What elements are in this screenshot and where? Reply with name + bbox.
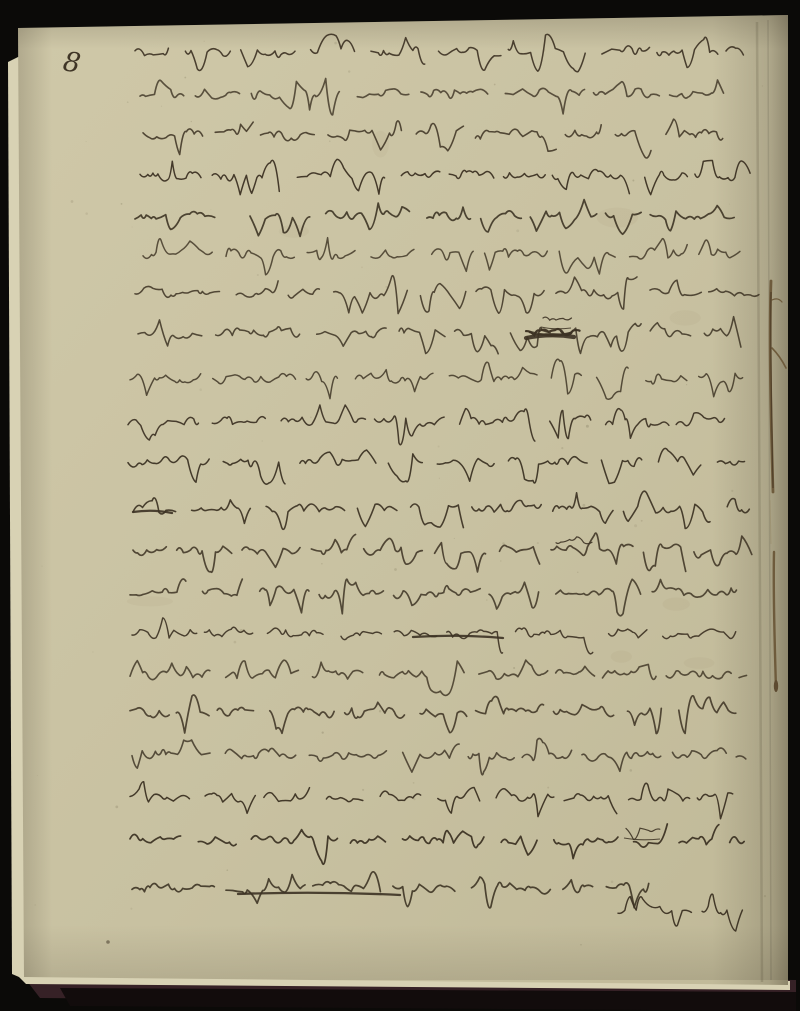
paper-speck [37,775,38,776]
paper-stain [663,598,690,611]
paper-speck [486,599,488,601]
paper-speck [131,226,132,227]
paper-speck [161,106,162,107]
paper-speck [35,904,36,905]
paper-speck [106,940,110,944]
photographed-book-page: 8 [0,0,800,1011]
manuscript-scan: 8 [0,0,800,1011]
paper-speck [334,42,337,45]
paper-speck [454,538,455,539]
paper-speck [762,85,763,86]
paper-speck [42,566,43,567]
paper-speck [438,446,440,448]
paper-speck [634,524,637,527]
paper-speck [394,568,397,571]
paper-speck [537,542,539,544]
paper-speck [611,881,614,884]
paper-speck [764,895,766,897]
paper-speck [322,731,324,733]
paper-stain [670,310,701,325]
paper-speck [632,180,634,182]
paper-speck [348,70,350,72]
paper-speck [262,440,263,441]
paper-speck [321,563,322,564]
paper-speck [329,140,330,141]
paper-speck [86,141,87,142]
paper-speck [234,641,237,644]
paper-speck [500,560,501,561]
paper-speck [199,388,202,391]
paper-speck [513,667,515,669]
paper-stain [684,657,715,669]
paper-speck [379,710,381,712]
paper-speck [731,490,733,492]
paper-speck [121,203,123,205]
paper-speck [71,200,74,203]
paper-speck [413,782,415,784]
paper-speck [494,84,496,86]
paper-speck [257,274,259,276]
paper-speck [641,520,643,522]
paper-speck [310,417,312,419]
paper-speck [413,798,415,800]
paper-speck [586,425,589,428]
paper-speck [686,384,687,385]
paper-speck [115,806,118,809]
paper-speck [191,121,192,122]
paper-speck [362,789,364,791]
paper-speck [516,229,519,232]
paper-speck [314,511,315,512]
right-edge-shadow [712,10,788,990]
paper-speck [85,212,88,215]
paper-speck [361,266,363,268]
paper-speck [630,769,633,772]
paper-speck [582,504,585,507]
bottom-edge-shadow [16,925,790,980]
paper-speck [130,908,132,910]
paper-speck [210,209,211,210]
paper-speck [184,77,186,79]
paper-speck [580,944,582,946]
paper-stain [611,651,632,663]
paper-speck [729,204,730,205]
paper-speck [561,447,563,449]
paper-speck [127,101,129,103]
paper-speck [439,478,440,479]
paper-stain [127,596,173,606]
paper-speck [577,572,578,573]
paper-speck [547,787,549,789]
paper-speck [204,41,205,42]
paper-speck [147,711,148,712]
paper-speck [401,678,403,680]
thread-tip [774,680,778,692]
paper-speck [92,651,94,653]
paper-speck [226,869,228,871]
